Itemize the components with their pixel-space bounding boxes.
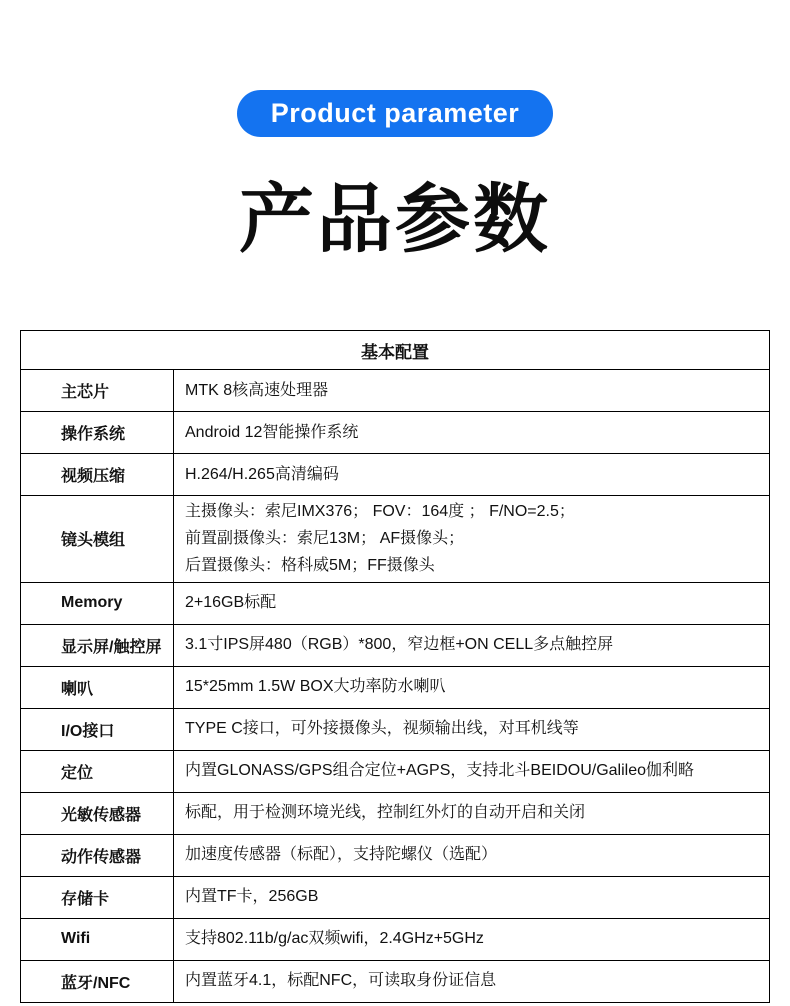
spec-label: Memory: [21, 582, 174, 624]
spec-value: MTK 8核高速处理器: [174, 370, 770, 412]
spec-table: 基本配置 主芯片MTK 8核高速处理器操作系统Android 12智能操作系统视…: [20, 330, 770, 1003]
spec-value: 3.1寸IPS屏480（RGB）*800，窄边框+ON CELL多点触控屏: [174, 624, 770, 666]
spec-value: 支持802.11b/g/ac双频wifi，2.4GHz+5GHz: [174, 918, 770, 960]
table-row: 显示屏/触控屏3.1寸IPS屏480（RGB）*800，窄边框+ON CELL多…: [21, 624, 770, 666]
spec-label: 动作传感器: [21, 834, 174, 876]
spec-label: 主芯片: [21, 370, 174, 412]
spec-label: 定位: [21, 750, 174, 792]
table-row: 定位内置GLONASS/GPS组合定位+AGPS，支持北斗BEIDOU/Gali…: [21, 750, 770, 792]
spec-label: 视频压缩: [21, 454, 174, 496]
spec-label: Wifi: [21, 918, 174, 960]
spec-value: 主摄像头：索尼IMX376； FOV：164度 ； F/NO=2.5； 前置副摄…: [174, 496, 770, 583]
table-row: I/O接口TYPE C接口，可外接摄像头，视频输出线，对耳机线等: [21, 708, 770, 750]
table-row: 喇叭15*25mm 1.5W BOX大功率防水喇叭: [21, 666, 770, 708]
product-parameter-badge: Product parameter: [237, 90, 553, 137]
spec-label: 镜头模组: [21, 496, 174, 583]
table-row: 主芯片MTK 8核高速处理器: [21, 370, 770, 412]
table-row: 动作传感器加速度传感器（标配），支持陀螺仪（选配）: [21, 834, 770, 876]
table-header-row: 基本配置: [21, 331, 770, 370]
table-row: Wifi支持802.11b/g/ac双频wifi，2.4GHz+5GHz: [21, 918, 770, 960]
spec-value: 加速度传感器（标配），支持陀螺仪（选配）: [174, 834, 770, 876]
spec-value: H.264/H.265高清编码: [174, 454, 770, 496]
spec-label: 存储卡: [21, 876, 174, 918]
spec-value: Android 12智能操作系统: [174, 412, 770, 454]
page-title: 产品参数: [0, 172, 790, 266]
spec-label: 喇叭: [21, 666, 174, 708]
spec-value: 内置GLONASS/GPS组合定位+AGPS，支持北斗BEIDOU/Galile…: [174, 750, 770, 792]
table-row: 操作系统Android 12智能操作系统: [21, 412, 770, 454]
spec-value: 15*25mm 1.5W BOX大功率防水喇叭: [174, 666, 770, 708]
spec-value: 内置蓝牙4.1，标配NFC，可读取身份证信息: [174, 960, 770, 1002]
spec-value: 标配，用于检测环境光线，控制红外灯的自动开启和关闭: [174, 792, 770, 834]
table-row: 光敏传感器标配，用于检测环境光线，控制红外灯的自动开启和关闭: [21, 792, 770, 834]
section-title: 基本配置: [21, 331, 770, 370]
table-row: Memory2+16GB标配: [21, 582, 770, 624]
spec-value: 2+16GB标配: [174, 582, 770, 624]
spec-label: 蓝牙/NFC: [21, 960, 174, 1002]
spec-table-body: 主芯片MTK 8核高速处理器操作系统Android 12智能操作系统视频压缩H.…: [21, 370, 770, 1003]
spec-label: 操作系统: [21, 412, 174, 454]
spec-value: 内置TF卡，256GB: [174, 876, 770, 918]
spec-value: TYPE C接口，可外接摄像头，视频输出线，对耳机线等: [174, 708, 770, 750]
table-row: 镜头模组主摄像头：索尼IMX376； FOV：164度 ； F/NO=2.5； …: [21, 496, 770, 583]
spec-label: 显示屏/触控屏: [21, 624, 174, 666]
table-row: 视频压缩H.264/H.265高清编码: [21, 454, 770, 496]
table-row: 蓝牙/NFC内置蓝牙4.1，标配NFC，可读取身份证信息: [21, 960, 770, 1002]
spec-label: 光敏传感器: [21, 792, 174, 834]
spec-label: I/O接口: [21, 708, 174, 750]
table-row: 存储卡内置TF卡，256GB: [21, 876, 770, 918]
